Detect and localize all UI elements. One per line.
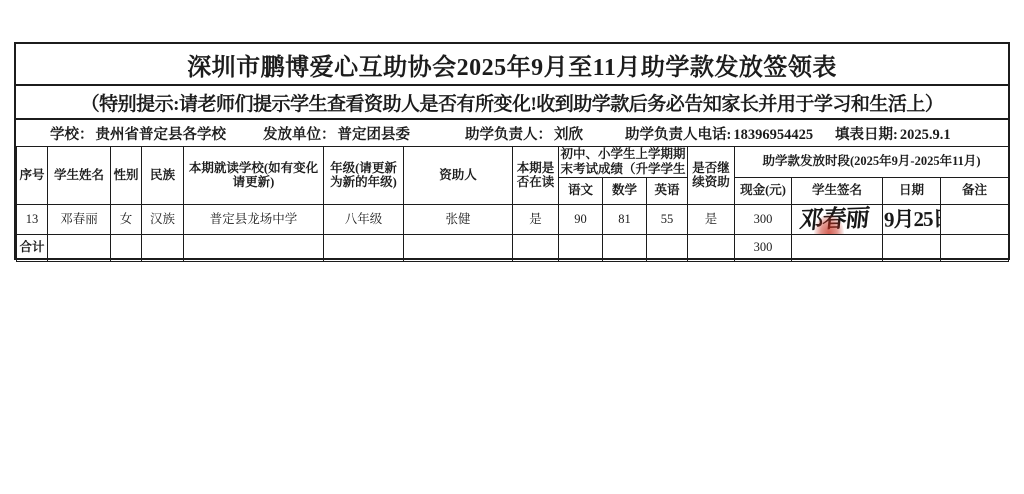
cell-english-score: 55 — [647, 204, 688, 234]
col-header-cash: 现金(元) — [735, 177, 792, 204]
col-header-signature: 学生签名 — [792, 177, 883, 204]
col-header-sponsor: 资助人 — [404, 147, 513, 205]
empty-cell — [111, 234, 142, 261]
phone-field: 助学负责人电话:18396954425 — [625, 123, 813, 144]
issuer-value: 普定团县委 — [338, 127, 411, 143]
handwritten-signature: 邓春丽 — [792, 204, 881, 234]
empty-cell — [559, 234, 603, 261]
cell-grade: 八年级 — [324, 204, 404, 234]
cell-date: 9月25日 — [883, 204, 941, 234]
col-header-name: 学生姓名 — [48, 147, 111, 205]
form-title: 深圳市鹏博爱心互助协会2025年9月至11月助学款发放签领表 — [16, 44, 1008, 86]
empty-cell — [603, 234, 647, 261]
form-date-value: 2025.9.1 — [900, 127, 951, 143]
col-header-enrolled: 本期是否在读 — [513, 147, 559, 205]
empty-cell — [688, 234, 735, 261]
empty-cell — [647, 234, 688, 261]
manager-label: 助学负责人： — [465, 127, 552, 143]
cell-remark — [941, 204, 1009, 234]
col-header-continue-aid: 是否继续资助 — [688, 147, 735, 205]
school-label: 学校： — [50, 127, 94, 143]
col-header-chinese: 语文 — [559, 177, 603, 204]
handwritten-date: 9月25日 — [884, 206, 941, 232]
empty-cell — [184, 234, 324, 261]
manager-field: 助学负责人：刘欣 — [465, 123, 583, 144]
student-row: 13 邓春丽 女 汉族 普定县龙场中学 八年级 张健 是 90 81 55 是 … — [17, 204, 1009, 234]
phone-value: 18396954425 — [733, 127, 813, 143]
cell-seq: 13 — [17, 204, 48, 234]
col-header-seq: 序号 — [17, 147, 48, 205]
col-header-date: 日期 — [883, 177, 941, 204]
form-date-field: 填表日期:2025.9.1 — [835, 123, 951, 144]
empty-cell — [941, 234, 1009, 261]
school-value: 贵州省普定县各学校 — [96, 127, 227, 143]
phone-label: 助学负责人电话: — [625, 127, 731, 143]
total-label: 合计 — [17, 234, 48, 261]
cell-enrolled: 是 — [513, 204, 559, 234]
empty-cell — [792, 234, 883, 261]
issuer-label: 发放单位： — [263, 127, 336, 143]
issuer-field: 发放单位：普定团县委 — [263, 123, 410, 144]
aid-signoff-form: 深圳市鹏博爱心互助协会2025年9月至11月助学款发放签领表 （特别提示:请老师… — [14, 42, 1010, 260]
empty-cell — [48, 234, 111, 261]
empty-cell — [883, 234, 941, 261]
cell-math-score: 81 — [603, 204, 647, 234]
cell-cash: 300 — [735, 204, 792, 234]
col-header-gender: 性别 — [111, 147, 142, 205]
col-header-exam-group: 初中、小学生上学期期末考试成绩（升学学生 — [559, 147, 688, 178]
col-header-remark: 备注 — [941, 177, 1009, 204]
cell-continue-aid: 是 — [688, 204, 735, 234]
col-header-grade: 年级(请更新为新的年级) — [324, 147, 404, 205]
empty-cell — [324, 234, 404, 261]
col-header-math: 数学 — [603, 177, 647, 204]
cell-signature: 邓春丽 — [792, 204, 883, 234]
cell-ethnicity: 汉族 — [142, 204, 184, 234]
cell-gender: 女 — [111, 204, 142, 234]
cell-chinese-score: 90 — [559, 204, 603, 234]
form-date-label: 填表日期: — [835, 127, 898, 143]
col-header-school: 本期就读学校(如有变化请更新) — [184, 147, 324, 205]
col-header-english: 英语 — [647, 177, 688, 204]
form-info-row: 学校：贵州省普定县各学校 发放单位：普定团县委 助学负责人：刘欣 助学负责人电话… — [16, 120, 1008, 146]
cell-name: 邓春丽 — [48, 204, 111, 234]
form-notice: （特别提示:请老师们提示学生查看资助人是否有所变化!收到助学款后务必告知家长并用… — [16, 86, 1008, 120]
empty-cell — [404, 234, 513, 261]
col-header-ethnicity: 民族 — [142, 147, 184, 205]
manager-value: 刘欣 — [554, 127, 583, 143]
total-cash: 300 — [735, 234, 792, 261]
aid-table: 序号 学生姓名 性别 民族 本期就读学校(如有变化请更新) 年级(请更新为新的年… — [16, 146, 1009, 262]
scanned-form-page: 深圳市鹏博爱心互助协会2025年9月至11月助学款发放签领表 （特别提示:请老师… — [0, 0, 1024, 494]
empty-cell — [142, 234, 184, 261]
total-row: 合计 300 — [17, 234, 1009, 261]
col-header-period-group: 助学款发放时段(2025年9月-2025年11月) — [735, 147, 1009, 178]
cell-school: 普定县龙场中学 — [184, 204, 324, 234]
cell-sponsor: 张健 — [404, 204, 513, 234]
empty-cell — [513, 234, 559, 261]
school-field: 学校：贵州省普定县各学校 — [50, 123, 226, 144]
